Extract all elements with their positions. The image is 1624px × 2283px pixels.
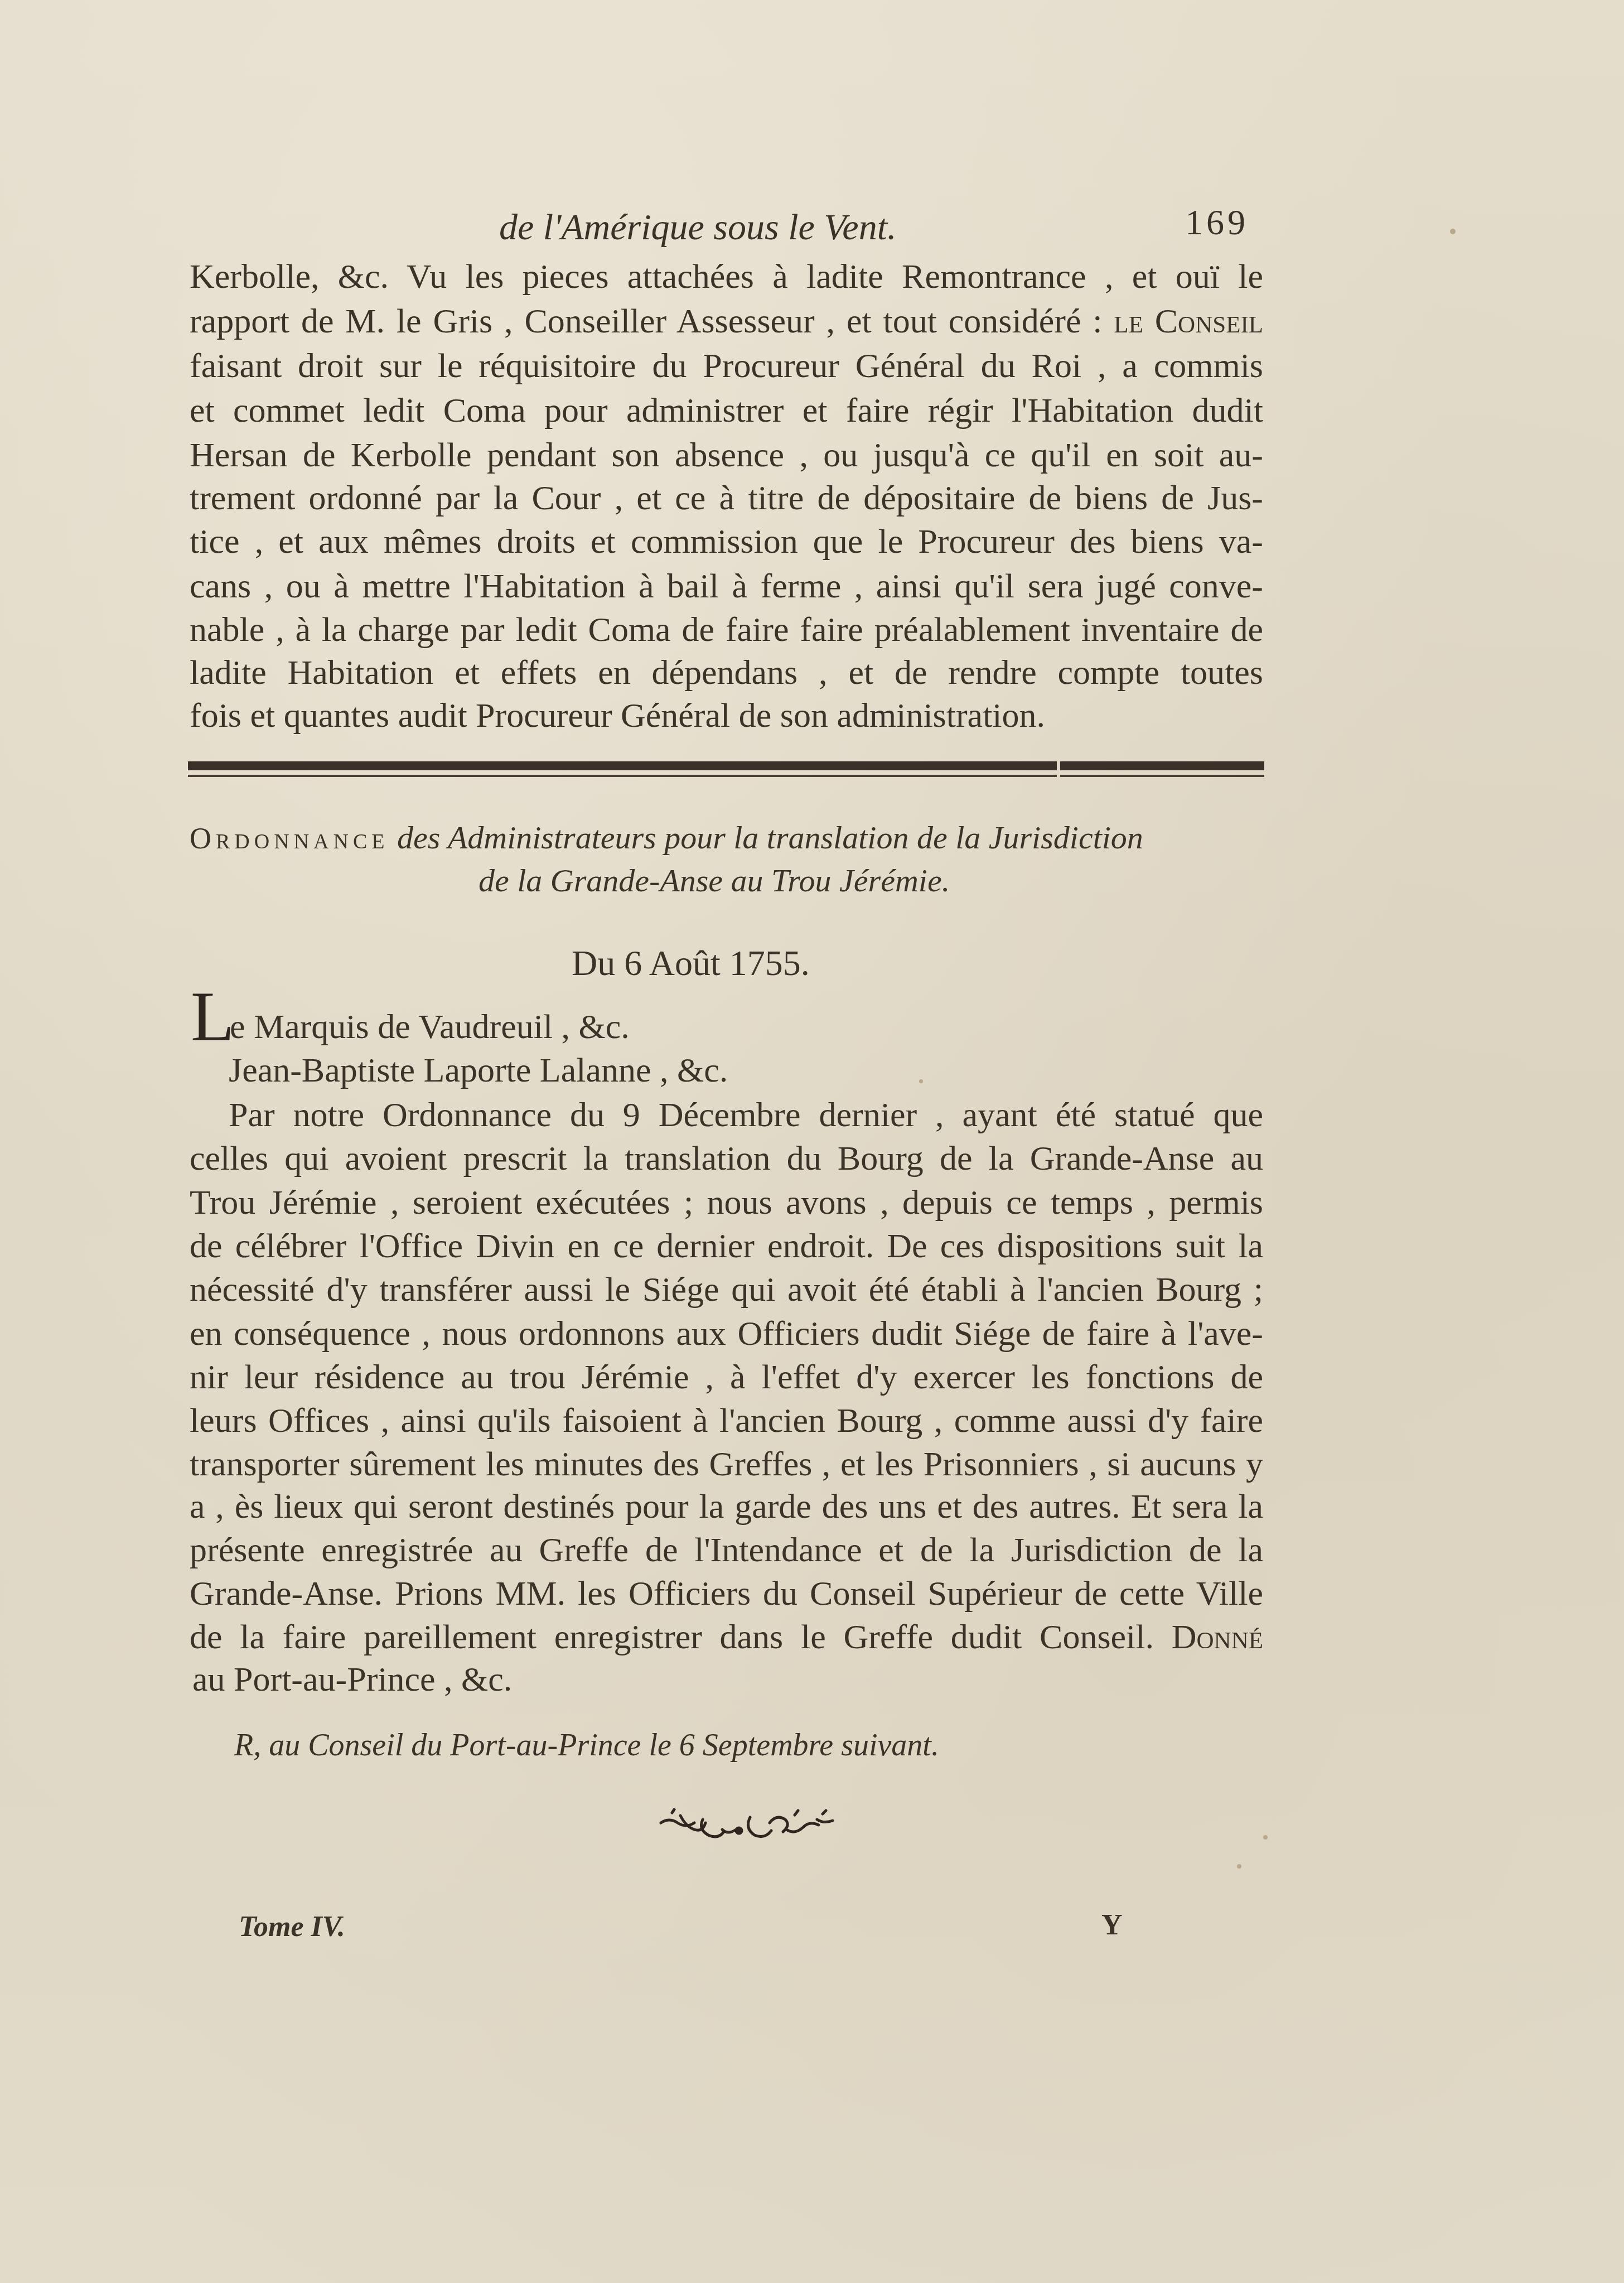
text-fragment: de la faire pareillement enregistrer dan…: [190, 1618, 1172, 1656]
drop-cap: L: [191, 981, 234, 1052]
text-line: faisant droit sur le réquisitoire du Pro…: [190, 349, 1263, 383]
donne-smallcaps: Donné: [1172, 1618, 1263, 1656]
signature-mark: Y: [1101, 1909, 1123, 1942]
ordinance-title-line2: de la Grande-Anse au Trou Jérémie.: [478, 862, 950, 899]
text-line: rapport de M. le Gris , Conseiller Asses…: [190, 304, 1263, 339]
body-line: transporter sûrement les minutes des Gre…: [190, 1447, 1263, 1481]
body-line: leurs Offices , ainsi qu'ils faisoient à…: [190, 1403, 1263, 1438]
text-line: Kerbolle, &c. Vu les pieces attachées à …: [190, 259, 1263, 294]
text-line-last: fois et quantes audit Procureur Général …: [190, 698, 1045, 733]
text-line: cans , ou à mettre l'Habitation à bail à…: [190, 569, 1263, 604]
section-rule-thin: [188, 775, 1264, 777]
body-line: nécessité d'y transférer aussi le Siége …: [190, 1272, 1263, 1307]
body-line: de célébrer l'Office Divin en ce dernier…: [190, 1229, 1263, 1263]
paper-speck: [1450, 229, 1456, 234]
text-line: nable , à la charge par ledit Coma de fa…: [190, 612, 1263, 647]
section-rule-thick: [188, 761, 1264, 770]
ordinance-title-lead: Ordonnance: [190, 822, 389, 855]
text-fragment: rapport de M. le Gris , Conseiller Asses…: [190, 302, 1114, 340]
paper-speck: [919, 1079, 923, 1083]
paper-speck: [1237, 1864, 1241, 1869]
registration-note: R, au Conseil du Port-au-Prince le 6 Sep…: [234, 1727, 939, 1763]
ordinance-title-rest: des Administrateurs pour la translation …: [389, 819, 1143, 856]
body-line: de la faire pareillement enregistrer dan…: [190, 1620, 1263, 1654]
body-line: nir leur résidence au trou Jérémie , à l…: [190, 1360, 1263, 1394]
text-line: Hersan de Kerbolle pendant son absence ,…: [190, 438, 1263, 472]
page-number: 169: [1185, 202, 1249, 243]
body-line-last: au Port-au-Prince , &c.: [192, 1662, 512, 1697]
body-line-first: Par notre Ordonnance du 9 Décembre derni…: [229, 1098, 1263, 1132]
body-line: celles qui avoient prescrit la translati…: [190, 1141, 1263, 1176]
text-line: ladite Habitation et effets en dépendans…: [190, 655, 1263, 690]
text-line: et commet ledit Coma pour administrer et…: [190, 393, 1263, 428]
paper-speck: [1263, 1835, 1268, 1840]
body-line: en conséquence , nous ordonnons aux Offi…: [190, 1316, 1263, 1351]
fleuron-ornament-icon: [655, 1807, 839, 1846]
section-rule-gap: [1057, 759, 1060, 779]
opening-line: e Marquis de Vaudreuil , &c.: [230, 1010, 630, 1044]
volume-label: Tome IV.: [239, 1910, 345, 1943]
le-conseil-smallcaps: le Conseil: [1114, 302, 1263, 340]
text-line: trement ordonné par la Cour , et ce à ti…: [190, 481, 1263, 515]
running-title: de l'Amérique sous le Vent.: [499, 206, 896, 249]
second-signatory: Jean-Baptiste Laporte Lalanne , &c.: [229, 1053, 728, 1088]
body-line: Trou Jérémie , seroient exécutées ; nous…: [190, 1185, 1263, 1220]
body-line: a , ès lieux qui seront destinés pour la…: [190, 1489, 1263, 1524]
ordinance-date: Du 6 Août 1755.: [572, 943, 810, 984]
ordinance-title-line1: Ordonnance des Administrateurs pour la t…: [190, 819, 1143, 856]
body-line: présente enregistrée au Greffe de l'Inte…: [190, 1533, 1263, 1567]
body-line: Grande-Anse. Prions MM. les Officiers du…: [190, 1576, 1263, 1611]
text-line: tice , et aux mêmes droits et commission…: [190, 524, 1263, 559]
